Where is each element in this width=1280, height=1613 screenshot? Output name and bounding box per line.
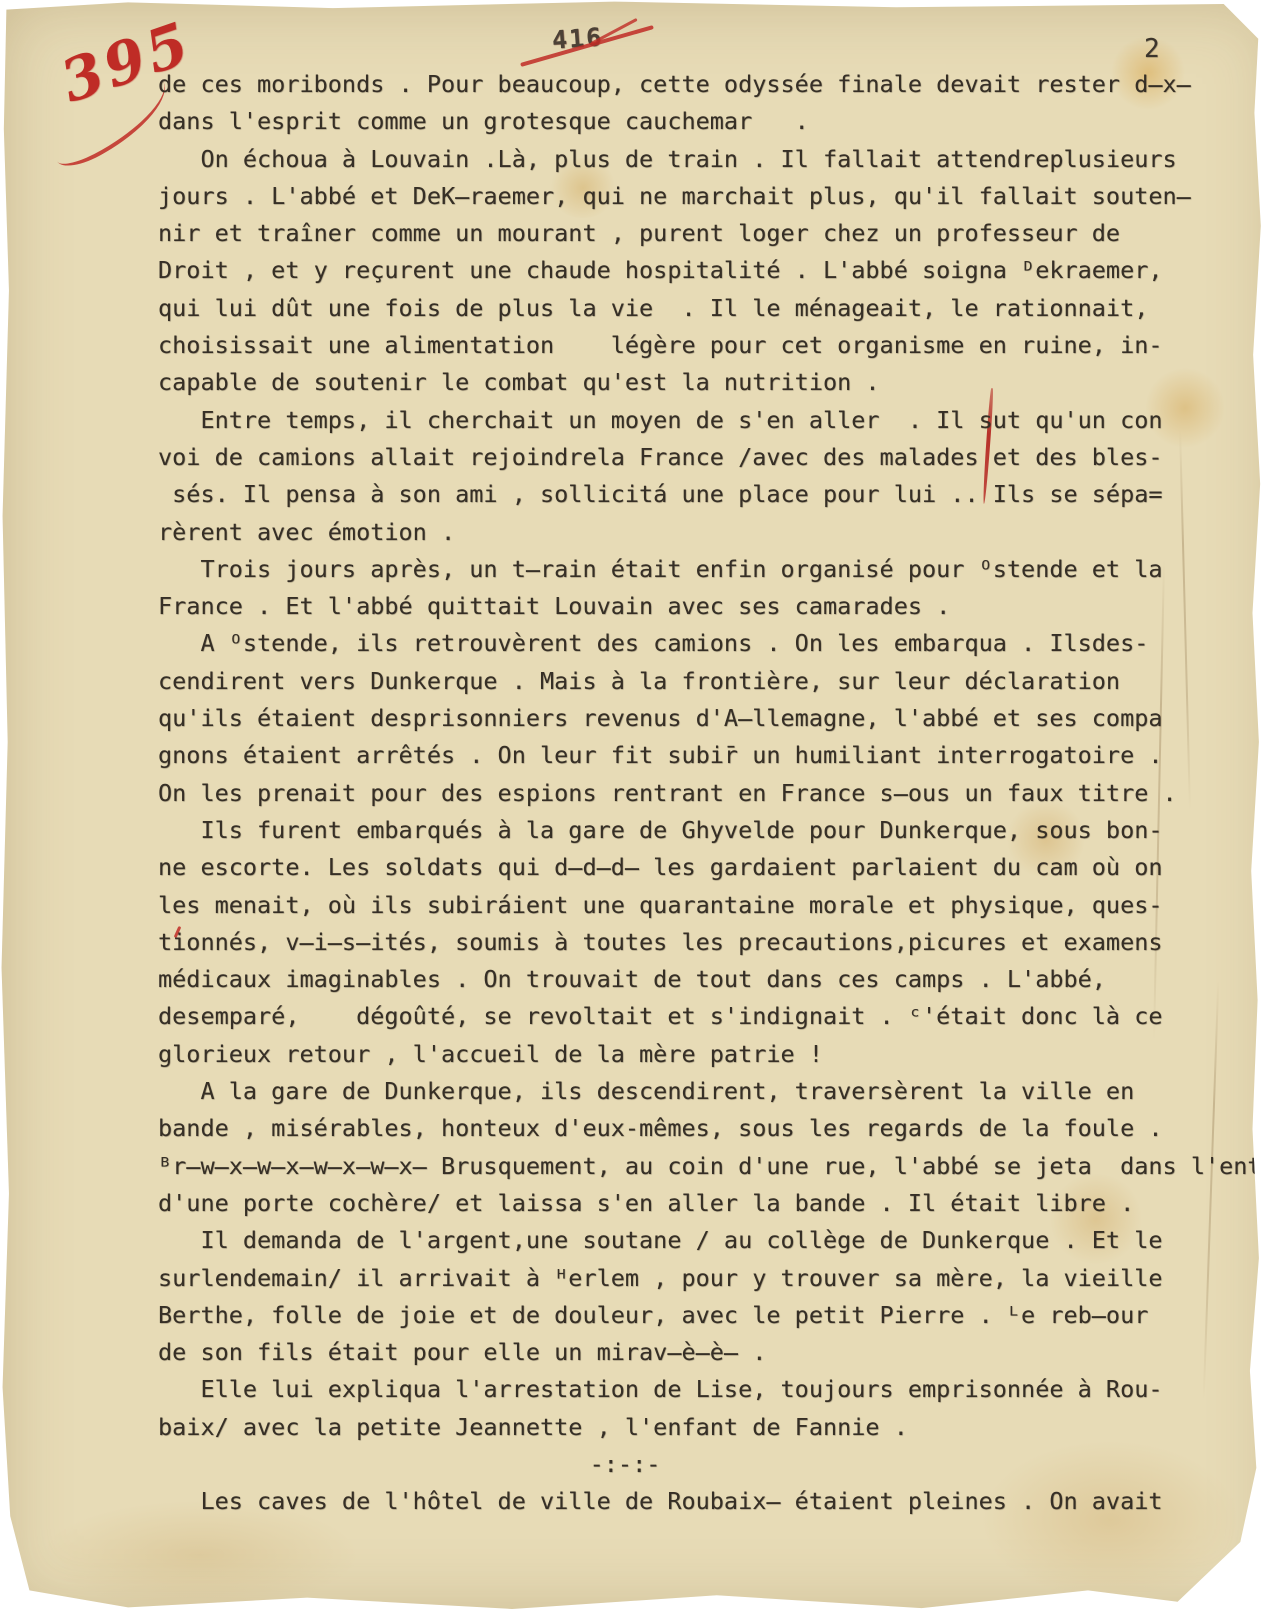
typescript-line: ᴮr̶w̶x̶w̶x̶w̶x̶w̶x̶ Brusquement, au coin… bbox=[158, 1148, 1202, 1185]
typescript-line: médicaux imaginables . On trouvait de to… bbox=[158, 961, 1202, 998]
typescript-line: Les caves de l'hôtel de ville de Roubaix… bbox=[158, 1483, 1202, 1520]
typescript-line: gnons étaient arrêtés . On leur fit subi… bbox=[158, 737, 1202, 774]
typescript-line: de son fils était pour elle un mirav̶è̶è… bbox=[158, 1334, 1202, 1371]
typescript-line: ne escorte. Les soldats qui d̶d̶d̶ les g… bbox=[158, 849, 1202, 886]
typescript-line: France . Et l'abbé quittait Louvain avec… bbox=[158, 588, 1202, 625]
typescript-line: On les prenait pour des espions rentrant… bbox=[158, 775, 1202, 812]
typescript-line: sés. Il pensa à son ami , sollicitá une … bbox=[158, 476, 1202, 513]
typescript-line: choisissait une alimentation légère pour… bbox=[158, 327, 1202, 364]
typescript-line: surlendemain/ il arrivait à ᴴerlem , pou… bbox=[158, 1260, 1202, 1297]
typescript-line: qui lui dût une fois de plus la vie . Il… bbox=[158, 290, 1202, 327]
typescript-line: dans l'esprit comme un grotesque cauchem… bbox=[158, 103, 1202, 140]
typescript-lines: de ces moribonds . Pour beaucoup, cette … bbox=[158, 66, 1202, 1521]
typescript-line: cendirent vers Dunkerque . Mais à la fro… bbox=[158, 663, 1202, 700]
typescript-line: rèrent avec émotion . bbox=[158, 514, 1202, 551]
typescript-line: -:-:- bbox=[158, 1446, 1202, 1483]
typescript-line: tionnés, v̶i̶s̶ités, soumis à toutes les… bbox=[158, 924, 1202, 961]
typescript-line: baix/ avec la petite Jeannette , l'enfan… bbox=[158, 1409, 1202, 1446]
typescript-line: A la gare de Dunkerque, ils descendirent… bbox=[158, 1073, 1202, 1110]
typescript-line: capable de soutenir le combat qu'est la … bbox=[158, 364, 1202, 401]
typescript-line: voi de camions allait rejoindrela France… bbox=[158, 439, 1202, 476]
typescript-line: jours . L'abbé et DeK̶raemer, qui ne mar… bbox=[158, 178, 1202, 215]
typescript-page: 2 395 416 de ces moribonds . Pour beauco… bbox=[0, 0, 1280, 1613]
typescript-line: glorieux retour , l'accueil de la mère p… bbox=[158, 1036, 1202, 1073]
typescript-line: Droit , et y reçurent une chaude hospita… bbox=[158, 252, 1202, 289]
typescript-line: Berthe, folle de joie et de douleur, ave… bbox=[158, 1297, 1202, 1334]
typescript-line: les menait, où ils subiráient une quaran… bbox=[158, 887, 1202, 924]
typescript-line: Elle lui expliqua l'arrestation de Lise,… bbox=[158, 1371, 1202, 1408]
page-number: 2 bbox=[1144, 34, 1160, 64]
typescript-line: qu'ils étaient desprisonniers revenus d'… bbox=[158, 700, 1202, 737]
typescript-line: desemparé, dégoûté, se revoltait et s'in… bbox=[158, 998, 1202, 1035]
paper-crease bbox=[1203, 980, 1220, 1400]
typescript-line: On échoua à Louvain .Là, plus de train .… bbox=[158, 141, 1202, 178]
typescript-line: d'une porte cochère/ et laissa s'en alle… bbox=[158, 1185, 1202, 1222]
typescript-line: bande , misérables, honteux d'eux-mêmes,… bbox=[158, 1110, 1202, 1147]
typescript-line: Ils furent embarqués à la gare de Ghyvel… bbox=[158, 812, 1202, 849]
typescript-line: de ces moribonds . Pour beaucoup, cette … bbox=[158, 66, 1202, 103]
typescript-line: nir et traîner comme un mourant , purent… bbox=[158, 215, 1202, 252]
typescript-line: Trois jours après, un t̶rain était enfin… bbox=[158, 551, 1202, 588]
typescript-line: A ᴼstende, ils retrouvèrent des camions … bbox=[158, 625, 1202, 662]
typescript-line: Il demanda de l'argent,une soutane / au … bbox=[158, 1222, 1202, 1259]
typescript-line: Entre temps, il cherchait un moyen de s'… bbox=[158, 402, 1202, 439]
